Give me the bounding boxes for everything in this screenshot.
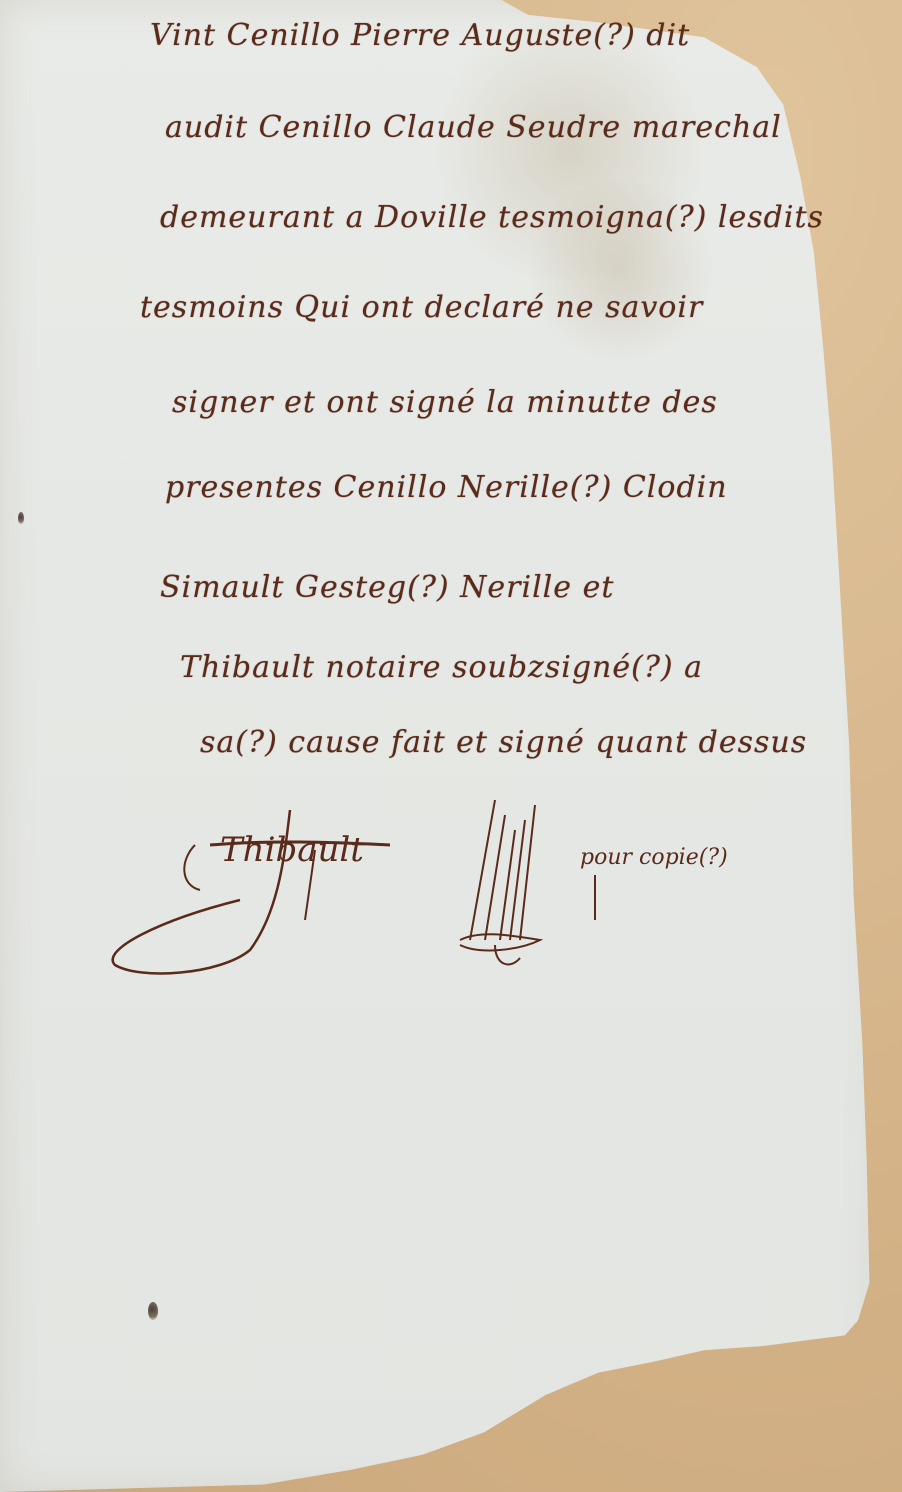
signature-note: pour copie(?) — [580, 845, 728, 870]
manuscript-line: Simault Gesteg(?) Nerille et — [160, 570, 614, 605]
manuscript-line: sa(?) cause fait et signé quant dessus — [200, 725, 807, 760]
manuscript-line: Thibault notaire soubzsigné(?) a — [180, 650, 703, 685]
handwritten-text: Vint Cenillo Pierre Auguste(?) dit audit… — [0, 0, 902, 1492]
manuscript-line: signer et ont signé la minutte des — [172, 385, 718, 420]
signature-name: Thibault — [220, 830, 364, 870]
manuscript-line: demeurant a Doville tesmoigna(?) lesdits — [160, 200, 824, 235]
manuscript-line: tesmoins Qui ont declaré ne savoir — [140, 290, 703, 325]
manuscript-line: presentes Cenillo Nerille(?) Clodin — [165, 470, 728, 505]
manuscript-line: audit Cenillo Claude Seudre marechal — [165, 110, 782, 145]
signature-flourish-icon — [100, 790, 740, 990]
manuscript-line: Vint Cenillo Pierre Auguste(?) dit — [150, 18, 690, 53]
notary-signature: Thibault pour copie(?) — [100, 790, 740, 990]
